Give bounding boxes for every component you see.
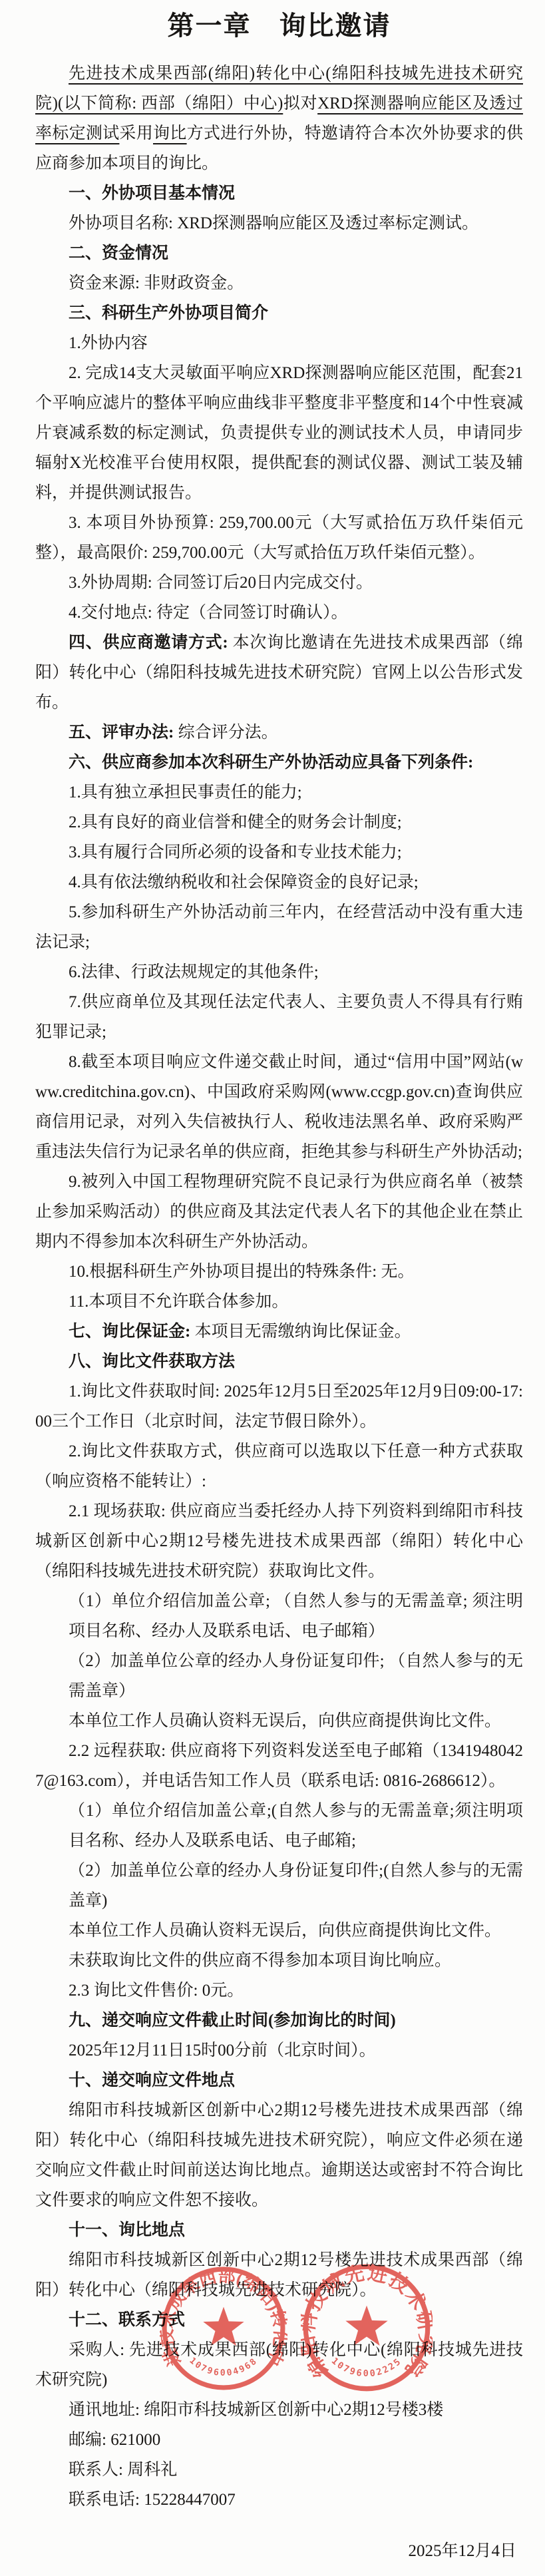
section-8-heading: 八、询比文件获取方法 <box>35 1347 523 1377</box>
text-segment: 2.1 现场获取: 供应商应当委托经办人持下列资料到绵阳市科技城新区创新中心2期… <box>35 1502 523 1580</box>
text-segment: 绵阳市科技城新区创新中心2期12号楼先进技术成果西部（绵阳）转化中心（绵阳科技城… <box>35 2101 523 2209</box>
text-segment: 十、递交响应文件地点 <box>69 2071 235 2089</box>
text-segment: 采用 <box>119 124 153 142</box>
paragraph: 2.1 现场获取: 供应商应当委托经办人持下列资料到绵阳市科技城新区创新中心2期… <box>35 1496 523 1586</box>
text-segment: 询比 <box>153 124 187 142</box>
section-11-heading: 十一、询比地点 <box>35 2215 523 2245</box>
section-9-heading: 九、递交响应文件截止时间(参加询比的时间) <box>35 2006 523 2036</box>
document-date: 2025年12月4日 <box>35 2536 523 2566</box>
text-segment: （2）加盖单位公章的经办人身份证复印件; （自然人参与的无需盖章） <box>69 1652 523 1700</box>
text-segment: 二、资金情况 <box>69 244 168 262</box>
paragraph: 6.法律、行政法规规定的其他条件; <box>35 957 523 987</box>
text-segment: 2. 完成14支大灵敏面平响应XRD探测器响应能区范围，配套21个平响应滤片的整… <box>35 364 523 502</box>
document-body: 先进技术成果西部(绵阳)转化中心(绵阳科技城先进技术研究院)(以下简称: 西部（… <box>35 59 523 2515</box>
paragraph: 联系电话: 15228447007 <box>35 2485 523 2515</box>
list-item: （2）加盖单位公章的经办人身份证复印件;(自然人参与的无需盖章) <box>69 1856 523 1916</box>
text-segment: 联系电话: 15228447007 <box>69 2491 236 2509</box>
chapter-title: 第一章 询比邀请 <box>35 7 523 45</box>
text-segment: 1.外协内容 <box>69 334 148 352</box>
section-3-heading: 三、科研生产外协项目简介 <box>35 298 523 328</box>
text-segment: 9.被列入中国工程物理研究院不良记录行为供应商名单（被禁止参加采购活动）的供应商… <box>35 1173 523 1251</box>
paragraph: 2. 完成14支大灵敏面平响应XRD探测器响应能区范围，配套21个平响应滤片的整… <box>35 358 523 508</box>
text-segment: 通讯地址: 绵阳市科技城新区创新中心2期12号楼3楼 <box>69 2401 443 2419</box>
section-6-heading: 六、供应商参加本次科研生产外协活动应具备下列条件: <box>35 748 523 777</box>
text-segment: 拟对 <box>283 95 317 112</box>
paragraph: 本单位工作人员确认资料无误后，向供应商提供询比文件。 <box>35 1706 523 1736</box>
paragraph: 3. 本项目外协预算: 259,700.00元（大写贰拾伍万玖仟柒佰元整），最高… <box>35 508 523 568</box>
text-segment: 2.具有良好的商业信誉和健全的财务会计制度; <box>69 813 402 831</box>
text-segment: 本单位工作人员确认资料无误后，向供应商提供询比文件。 <box>69 1922 501 1940</box>
paragraph: 9.被列入中国工程物理研究院不良记录行为供应商名单（被禁止参加采购活动）的供应商… <box>35 1167 523 1257</box>
list-item: （2）加盖单位公章的经办人身份证复印件; （自然人参与的无需盖章） <box>69 1646 523 1706</box>
text-segment: （2）加盖单位公章的经办人身份证复印件;(自然人参与的无需盖章) <box>69 1862 523 1910</box>
paragraph: 8.截至本项目响应文件递交截止时间，通过“信用中国”网站(www.creditc… <box>35 1047 523 1167</box>
text-segment: 一、外协项目基本情况 <box>69 184 235 202</box>
text-segment: 2025年12月11日15时00分前（北京时间）。 <box>69 2041 376 2059</box>
text-segment: 1.具有独立承担民事责任的能力; <box>69 783 302 801</box>
text-segment: 7.供应商单位及其现任法定代表人、主要负责人不得具有行贿犯罪记录; <box>35 993 523 1041</box>
intro-paragraph: 先进技术成果西部(绵阳)转化中心(绵阳科技城先进技术研究院)(以下简称: 西部（… <box>35 59 523 178</box>
paragraph: 通讯地址: 绵阳市科技城新区创新中心2期12号楼3楼 <box>35 2395 523 2425</box>
text-segment: 未获取询比文件的供应商不得参加本项目询比响应。 <box>69 1952 451 1970</box>
text-segment: 本项目无需缴纳询比保证金。 <box>195 1323 411 1341</box>
text-segment: 六、供应商参加本次科研生产外协活动应具备下列条件: <box>69 753 473 771</box>
section-12-heading: 十二、联系方式 <box>35 2305 523 2335</box>
text-segment: 五、评审办法: <box>69 724 178 742</box>
text-segment: （1）单位介绍信加盖公章; （自然人参与的无需盖章; 须注明项目名称、经办人及联… <box>69 1592 523 1640</box>
text-segment: 1.询比文件获取时间: 2025年12月5日至2025年12月9日09:00-1… <box>35 1383 523 1430</box>
paragraph: 2.2 远程获取: 供应商将下列资料发送至电子邮箱（13419480427@16… <box>35 1736 523 1796</box>
text-segment: 外协项目名称: XRD探测器响应能区及透过率标定测试。 <box>69 214 478 232</box>
text-segment: 3.外协周期: 合同签订后20日内完成交付。 <box>69 574 373 592</box>
text-segment: 十二、联系方式 <box>69 2311 185 2329</box>
list-item: （1）单位介绍信加盖公章;(自然人参与的无需盖章;须注明项目名称、经办人及联系电… <box>69 1796 523 1856</box>
paragraph: 资金来源: 非财政资金。 <box>35 268 523 298</box>
text-segment: 绵阳市科技城新区创新中心2期12号楼先进技术成果西部（绵阳）转化中心（绵阳科技城… <box>35 2251 523 2299</box>
paragraph: 外协项目名称: XRD探测器响应能区及透过率标定测试。 <box>35 208 523 238</box>
text-segment: （1）单位介绍信加盖公章;(自然人参与的无需盖章;须注明项目名称、经办人及联系电… <box>69 1802 523 1850</box>
text-segment: 10.根据科研生产外协项目提出的特殊条件: 无。 <box>69 1263 414 1281</box>
text-segment: 2.询比文件获取方式，供应商可以选取以下任意一种方式获取（响应资格不能转让）: <box>35 1442 523 1490</box>
paragraph: 11.本项目不允许联合体参加。 <box>35 1287 523 1317</box>
paragraph: 4.具有依法缴纳税收和社会保障资金的良好记录; <box>35 867 523 897</box>
text-segment: 采购人: 先进技术成果西部(绵阳)转化中心(绵阳科技城先进技术研究院) <box>35 2341 523 2389</box>
text-segment: 四、供应商邀请方式: <box>69 634 233 652</box>
document-content: 第一章 询比邀请 先进技术成果西部(绵阳)转化中心(绵阳科技城先进技术研究院)(… <box>0 0 545 2566</box>
text-segment: 3.具有履行合同所必须的设备和专业技术能力; <box>69 843 402 861</box>
paragraph: 7.供应商单位及其现任法定代表人、主要负责人不得具有行贿犯罪记录; <box>35 987 523 1047</box>
paragraph: 1.询比文件获取时间: 2025年12月5日至2025年12月9日09:00-1… <box>35 1377 523 1436</box>
paragraph: 3.外协周期: 合同签订后20日内完成交付。 <box>35 568 523 598</box>
text-segment: 三、科研生产外协项目简介 <box>69 304 268 322</box>
text-segment: 8.截至本项目响应文件递交截止时间，通过“信用中国”网站(www.creditc… <box>35 1053 523 1161</box>
paragraph: 2.具有良好的商业信誉和健全的财务会计制度; <box>35 807 523 837</box>
text-segment: 4.交付地点: 待定（合同签订时确认）。 <box>69 604 347 622</box>
section-1-heading: 一、外协项目基本情况 <box>35 178 523 208</box>
text-segment: 七、询比保证金: <box>69 1323 195 1341</box>
text-segment: 八、询比文件获取方法 <box>69 1353 235 1371</box>
section-4: 四、供应商邀请方式: 本次询比邀请在先进技术成果西部（绵阳）转化中心（绵阳科技城… <box>35 628 523 718</box>
paragraph: 采购人: 先进技术成果西部(绵阳)转化中心(绵阳科技城先进技术研究院) <box>35 2335 523 2395</box>
section-2-heading: 二、资金情况 <box>35 238 523 268</box>
paragraph: 邮编: 621000 <box>35 2425 523 2455</box>
paragraph: 绵阳市科技城新区创新中心2期12号楼先进技术成果西部（绵阳）转化中心（绵阳科技城… <box>35 2095 523 2215</box>
text-segment: 2.2 远程获取: 供应商将下列资料发送至电子邮箱（13419480427@16… <box>35 1742 523 1790</box>
paragraph: 1.具有独立承担民事责任的能力; <box>35 777 523 807</box>
paragraph: 未获取询比文件的供应商不得参加本项目询比响应。 <box>35 1946 523 1976</box>
scanned-document-page: 第一章 询比邀请 先进技术成果西部(绵阳)转化中心(绵阳科技城先进技术研究院)(… <box>0 0 545 2576</box>
text-segment: 2.3 询比文件售价: 0元。 <box>69 1982 244 2000</box>
text-segment: 4.具有依法缴纳税收和社会保障资金的良好记录; <box>69 873 419 891</box>
text-segment: 11.本项目不允许联合体参加。 <box>69 1293 288 1311</box>
section-10-heading: 十、递交响应文件地点 <box>35 2065 523 2095</box>
paragraph: 2.询比文件获取方式，供应商可以选取以下任意一种方式获取（响应资格不能转让）: <box>35 1436 523 1496</box>
paragraph: 联系人: 周科礼 <box>35 2455 523 2485</box>
text-segment: 6.法律、行政法规规定的其他条件; <box>69 963 319 981</box>
paragraph: 5.参加科研生产外协活动前三年内，在经营活动中没有重大违法记录; <box>35 897 523 957</box>
section-5: 五、评审办法: 综合评分法。 <box>35 718 523 748</box>
text-segment: 综合评分法。 <box>178 724 278 742</box>
paragraph: 3.具有履行合同所必须的设备和专业技术能力; <box>35 837 523 867</box>
text-segment: 5.参加科研生产外协活动前三年内，在经营活动中没有重大违法记录; <box>35 903 523 951</box>
section-7: 七、询比保证金: 本项目无需缴纳询比保证金。 <box>35 1317 523 1347</box>
paragraph: 2.3 询比文件售价: 0元。 <box>35 1976 523 2006</box>
text-segment: 邮编: 621000 <box>69 2431 160 2449</box>
text-segment: 十一、询比地点 <box>69 2221 185 2239</box>
text-segment: 3. 本项目外协预算: 259,700.00元（大写贰拾伍万玖仟柒佰元整），最高… <box>35 514 523 562</box>
text-segment: 本单位工作人员确认资料无误后，向供应商提供询比文件。 <box>69 1712 501 1730</box>
paragraph: 1.外协内容 <box>35 328 523 358</box>
paragraph: 10.根据科研生产外协项目提出的特殊条件: 无。 <box>35 1257 523 1287</box>
text-segment: 联系人: 周科礼 <box>69 2461 177 2479</box>
list-item: （1）单位介绍信加盖公章; （自然人参与的无需盖章; 须注明项目名称、经办人及联… <box>69 1586 523 1646</box>
text-segment: 资金来源: 非财政资金。 <box>69 274 244 292</box>
paragraph: 本单位工作人员确认资料无误后，向供应商提供询比文件。 <box>35 1916 523 1946</box>
paragraph: 绵阳市科技城新区创新中心2期12号楼先进技术成果西部（绵阳）转化中心（绵阳科技城… <box>35 2245 523 2305</box>
paragraph: 2025年12月11日15时00分前（北京时间）。 <box>35 2036 523 2065</box>
text-segment: 九、递交响应文件截止时间(参加询比的时间) <box>69 2012 396 2030</box>
paragraph: 4.交付地点: 待定（合同签订时确认）。 <box>35 598 523 628</box>
